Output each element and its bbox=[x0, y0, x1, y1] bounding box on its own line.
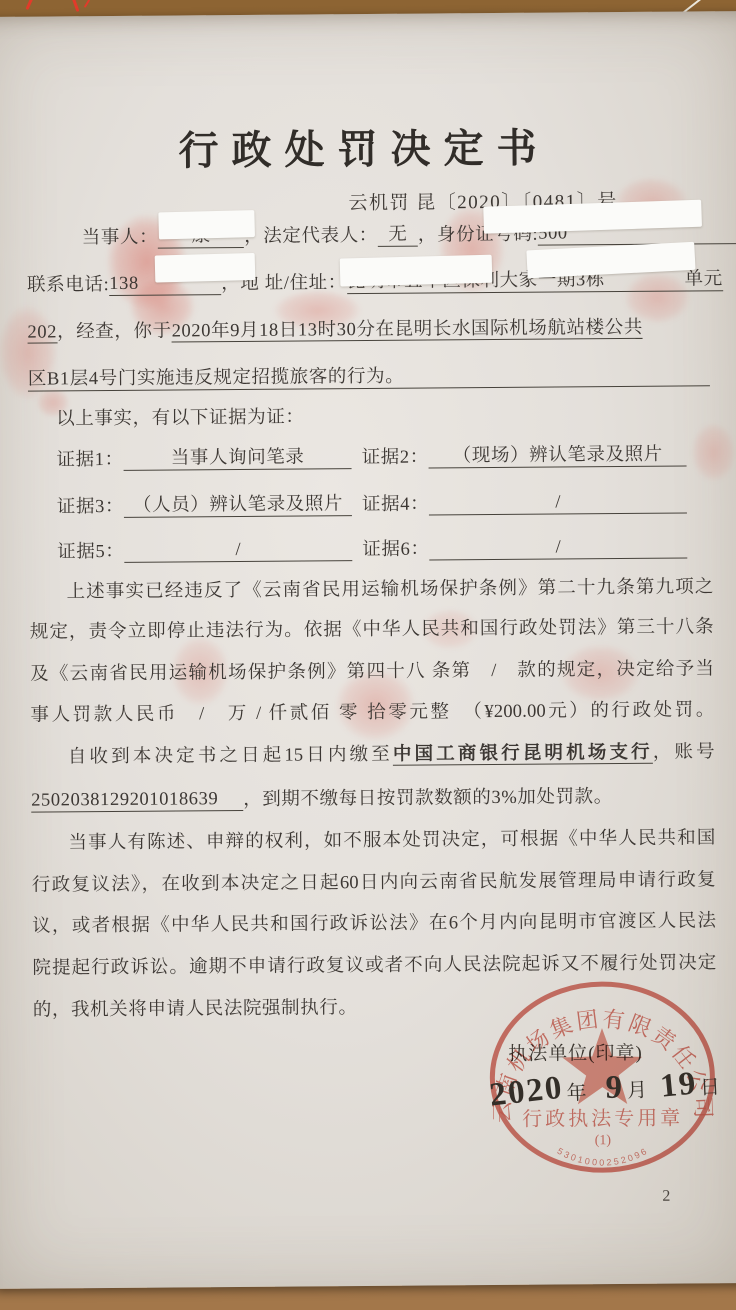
fact-mid: ，经查，你于 bbox=[57, 322, 172, 343]
bank-name: 中国工商银行昆明机场支行 bbox=[393, 743, 653, 766]
legal-rep-label: ，法定代表人： bbox=[244, 226, 378, 247]
evidence-2-label: 证据2： bbox=[362, 443, 429, 470]
fact-line-2: 区B1层4号门实施违反规定招揽旅客的行为。 bbox=[28, 359, 712, 391]
appeal-line-3: 议，或者根据《中华人民共和国行政诉讼法》在6个月内向昆明市官渡区人民法 bbox=[32, 906, 716, 937]
document-title: 行政处罚决定书 bbox=[0, 115, 736, 178]
payment-post: ，到期不缴每日按罚款数额的3%加处罚款。 bbox=[243, 787, 613, 810]
fact-behavior: 区B1层4号门实施违反规定招揽旅客的行为。 bbox=[28, 359, 710, 391]
fact-line-1: 202，经查，你于2020年9月18日13时30分在昆明长水国际机场航站楼公共 bbox=[27, 312, 711, 343]
document-page: 行政处罚决定书 云机罚 昆〔2020〕〔0481〕号 当事人：康，法定代表人：无… bbox=[0, 11, 736, 1289]
appeal-line-1: 当事人有陈述、申辩的权利，如不服本处罚决定，可根据《中华人民共和国 bbox=[31, 823, 715, 854]
payment-line-1: 自收到本决定书之日起15日内缴至中国工商银行昆明机场支行，账号 bbox=[31, 737, 715, 768]
evidence-2-value: （现场）辨认笔录及照片 bbox=[429, 439, 687, 468]
evidence-1-value: 当事人询问笔录 bbox=[124, 442, 352, 471]
fact-time-place: 2020年9月18日13时30分在昆明长水国际机场航站楼公共 bbox=[172, 318, 643, 343]
ruling-line-2: 规定，责令立即停止违法行为。依据《中华人民共和国行政处罚法》第三十八条 bbox=[30, 612, 714, 643]
evidence-row-3: 证据5：/证据6：/ bbox=[57, 532, 736, 563]
appeal-line-2: 行政复议法》，在收到本决定之日起60日内向云南省民航发展管理局申请行政复 bbox=[32, 865, 716, 896]
phone-label: 联系电话: bbox=[27, 275, 109, 296]
evidence-3-value: （人员）辨认笔录及照片 bbox=[124, 489, 352, 518]
photo-background: 行政处罚决定书 云机罚 昆〔2020〕〔0481〕号 当事人：康，法定代表人：无… bbox=[0, 0, 736, 1310]
appeal-line-4: 院提起行政诉讼。逾期不申请行政复议或者不向人民法院起诉又不履行处罚决定 bbox=[32, 948, 716, 979]
redaction-box-name bbox=[158, 210, 255, 239]
date-year: 2020 bbox=[488, 1070, 566, 1115]
date-day-suffix: 日 bbox=[699, 1070, 722, 1100]
evidence-6-value: / bbox=[429, 536, 687, 560]
evidence-3-label: 证据3： bbox=[57, 492, 124, 519]
payment-mid: ，账号 bbox=[653, 742, 715, 762]
ruling-line-4: 事人罚款人民币 / 万 / 仟贰佰 零 拾零元整 （¥200.00元）的行政处罚… bbox=[30, 695, 714, 726]
date-day: 19 bbox=[658, 1065, 698, 1105]
redaction-box-address-1 bbox=[340, 255, 493, 287]
red-pen-mark bbox=[84, 0, 90, 8]
page-number: 2 bbox=[662, 1188, 670, 1206]
date-month-suffix: 月 bbox=[626, 1073, 649, 1103]
legal-rep-field: 无 bbox=[378, 220, 418, 247]
party-label: 当事人： bbox=[82, 228, 159, 249]
payment-pre: 自收到本决定书之日起15日内缴至 bbox=[68, 745, 393, 768]
evidence-1-label: 证据1： bbox=[56, 445, 123, 472]
account-number: 2502038129201018639 bbox=[31, 789, 243, 813]
seal-type-text: 行政执法专用章 bbox=[522, 1107, 683, 1131]
ruling-line-1: 上述事实已经违反了《云南省民用运输机场保护条例》第二十九条第九项之 bbox=[29, 572, 713, 603]
evidence-5-label: 证据5： bbox=[57, 537, 124, 564]
evidence-5-value: / bbox=[124, 539, 352, 563]
ruling-line-3: 及《云南省民用运输机场保护条例》第四十八 条第 / 款的规定，决定给予当 bbox=[30, 654, 714, 685]
red-pen-mark bbox=[25, 0, 33, 10]
evidence-row-1: 证据1：当事人询问笔录证据2：（现场）辨认笔录及照片 bbox=[56, 439, 736, 471]
evidence-6-label: 证据6： bbox=[362, 535, 429, 562]
payment-line-2: 2502038129201018639，到期不缴每日按罚款数额的3%加处罚款。 bbox=[31, 781, 715, 812]
redaction-box-phone bbox=[155, 253, 256, 283]
evidence-4-value: / bbox=[429, 491, 687, 515]
red-pen-mark bbox=[72, 0, 80, 12]
date-year-suffix: 年 bbox=[566, 1076, 589, 1106]
evidence-intro: 以上事实，有以下证据为证： bbox=[56, 399, 736, 430]
address-continuation: 202 bbox=[27, 322, 57, 343]
date-month: 9 bbox=[605, 1070, 624, 1107]
evidence-row-2: 证据3：（人员）辨认笔录及照片证据4：/ bbox=[57, 486, 736, 518]
evidence-4-label: 证据4： bbox=[362, 490, 429, 517]
fingerprint-mark bbox=[0, 287, 68, 418]
seal-sub-number: (1) bbox=[595, 1133, 612, 1148]
